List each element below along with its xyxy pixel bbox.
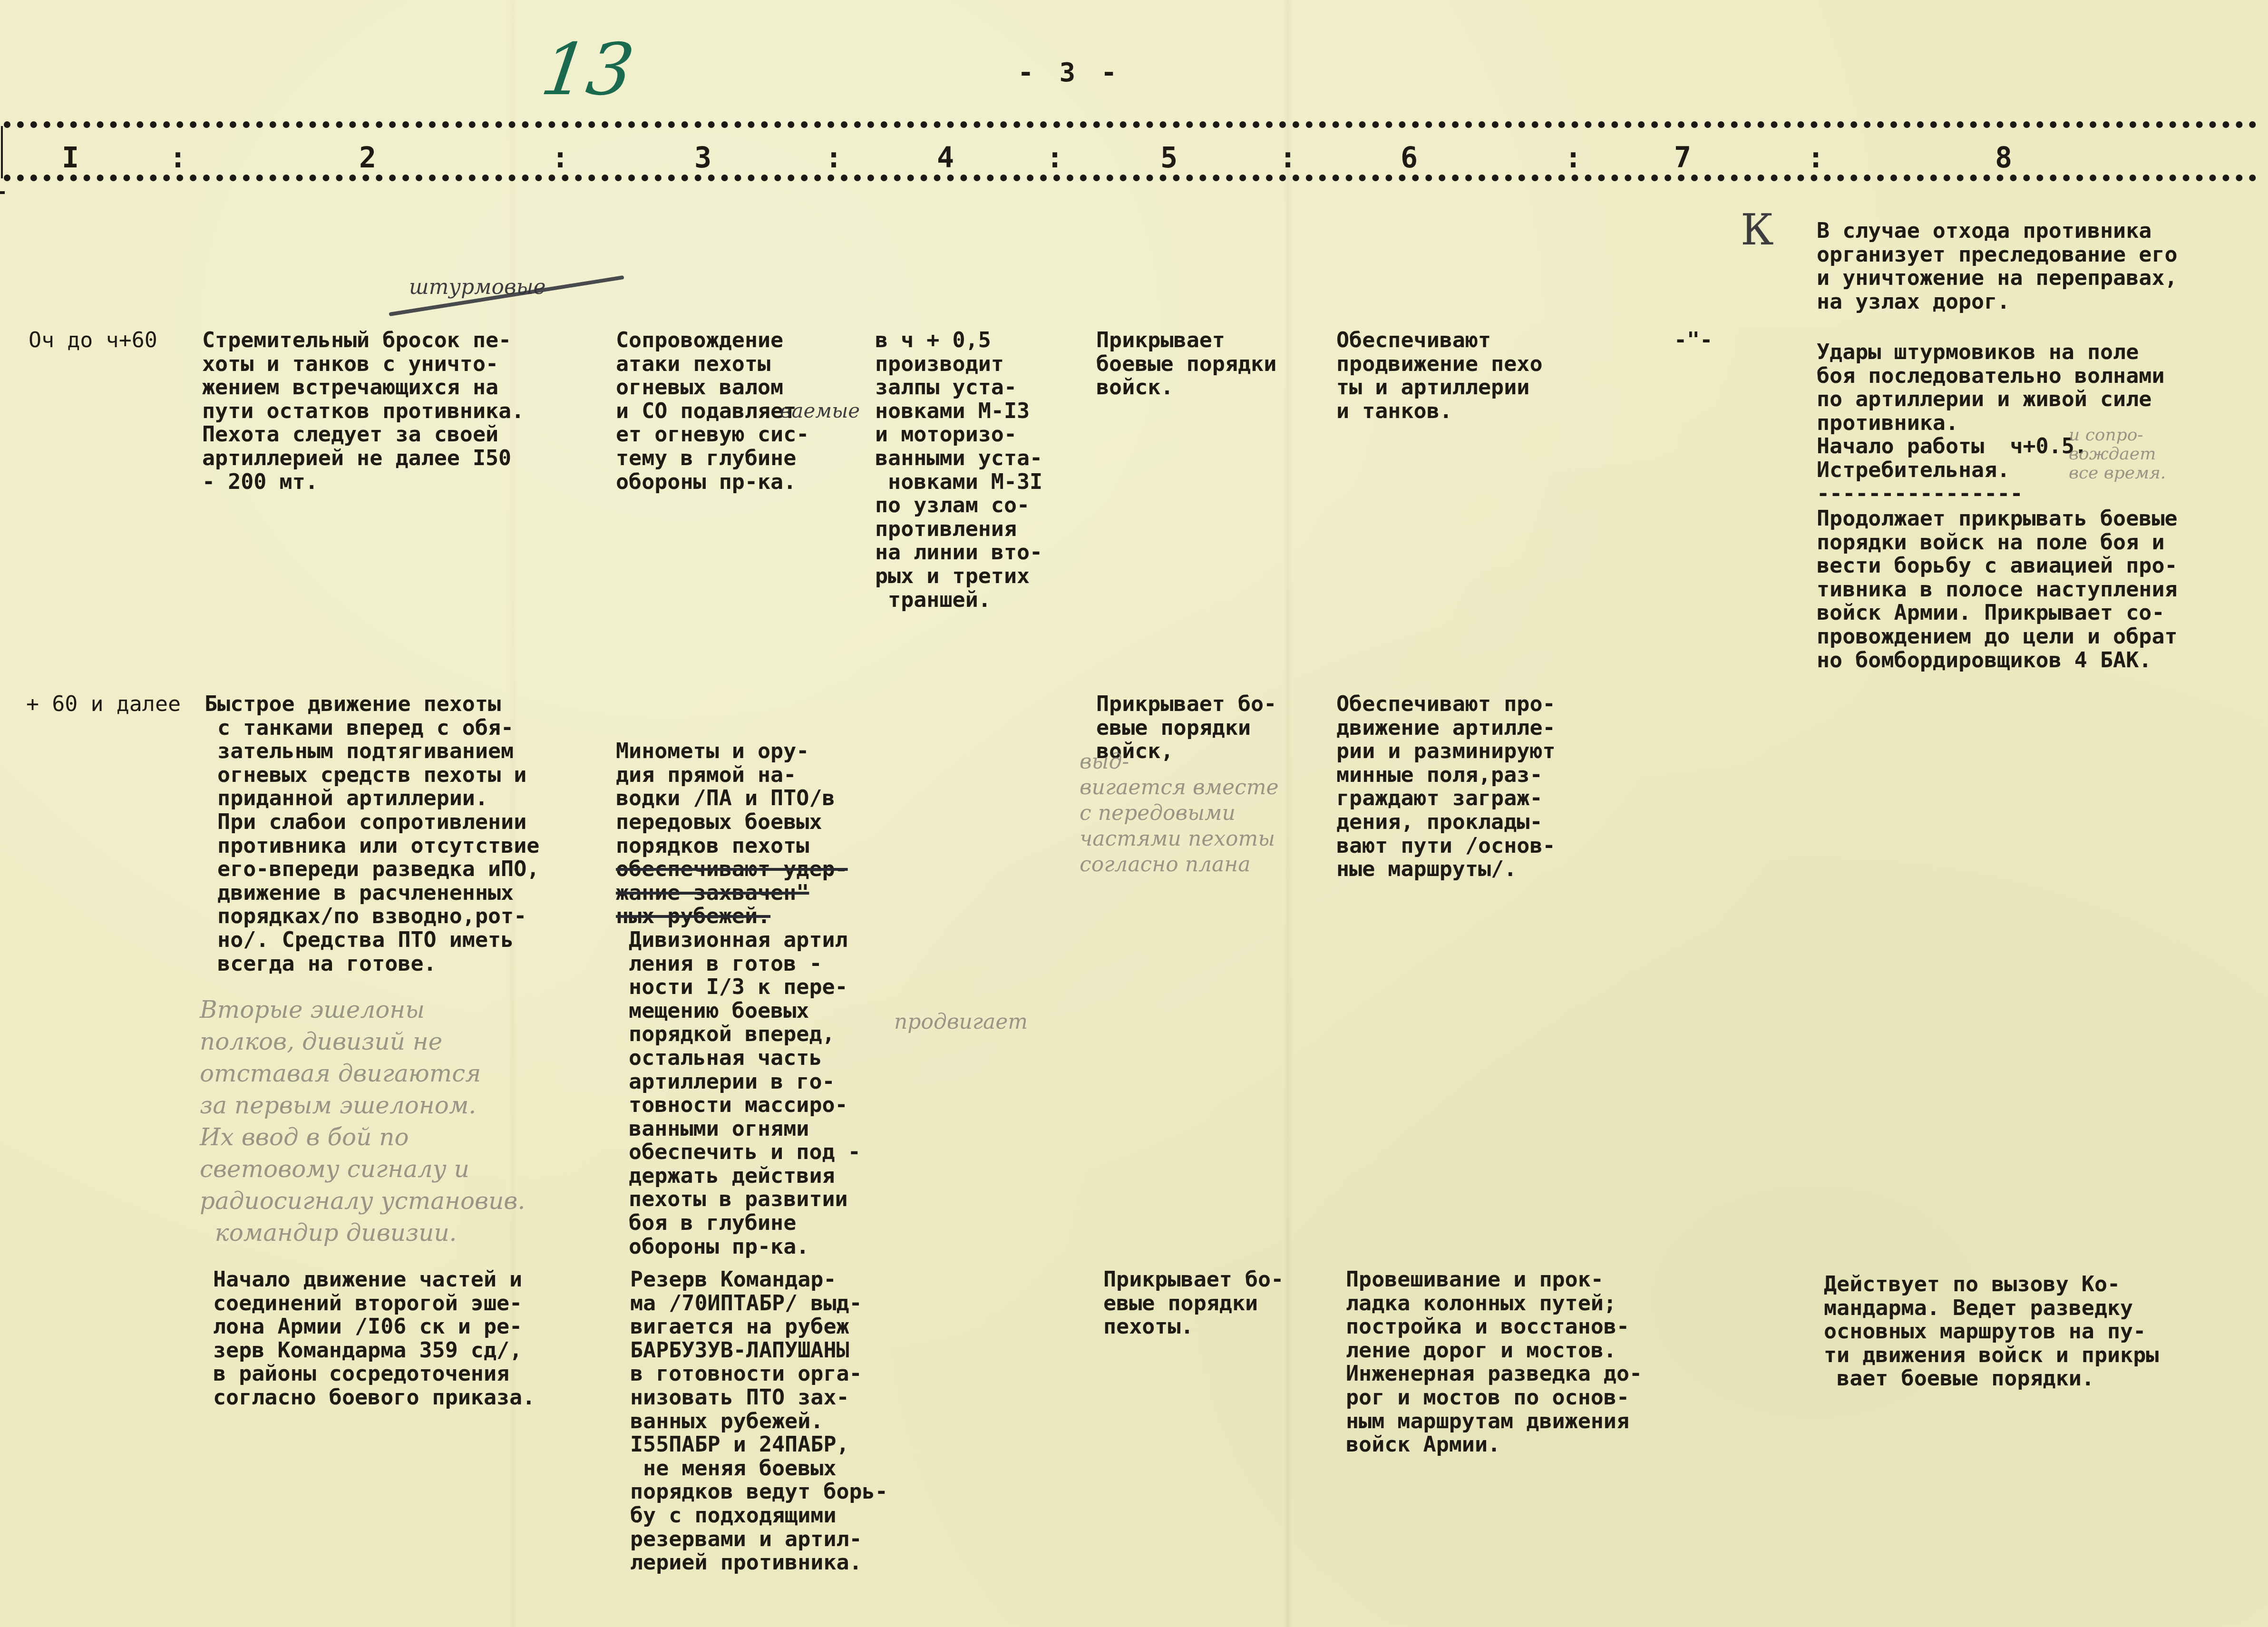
text-line: пехоты в развитии xyxy=(616,1187,861,1211)
row1-time: Оч до ч+60 xyxy=(29,328,157,352)
row2-time: + 60 и далее xyxy=(26,692,181,716)
handwritten-note: выд- вигается вместе с передовыми частям… xyxy=(1080,749,1278,877)
text-line: передовых боевых xyxy=(616,810,861,834)
handwritten-note: штурмовые xyxy=(409,273,546,301)
text-line: ления в готов - xyxy=(616,952,861,975)
text-line: обеспечивают удер- xyxy=(616,857,861,881)
text-line: жание захвачен" xyxy=(616,881,861,905)
row1-rocket-artillery: в ч + 0,5 производит залпы уста- новками… xyxy=(875,328,1042,611)
text-line: Минометы и ору- xyxy=(616,739,861,763)
text-line: обеспечить и под - xyxy=(616,1140,861,1164)
text-line: остальная часть xyxy=(616,1046,861,1070)
row1-aviation-cover: Продолжает прикрывать боевые порядки вой… xyxy=(1817,507,2178,672)
column-header-7: 7 xyxy=(1674,141,1691,175)
row1-engineers: Обеспечивают продвижение пехо ты и артил… xyxy=(1336,328,1542,422)
column-header-1: I xyxy=(62,141,79,175)
text-line: обороны пр-ка. xyxy=(616,1235,861,1258)
column-header-5: 5 xyxy=(1160,141,1178,175)
margin-mark xyxy=(0,191,5,194)
row2-infantry-actions: Быстрое движение пехоты с танками вперед… xyxy=(204,692,539,975)
column-separator: : xyxy=(1046,141,1063,175)
row3-engineers: Провешивание и прок- ладка колонных путе… xyxy=(1346,1267,1642,1456)
handwritten-note: продвигает xyxy=(894,1008,1028,1036)
handwritten-note: и сопро- вождает все время. xyxy=(2069,426,2166,483)
row1-air-defense: Прикрывает боевые порядки войск. xyxy=(1096,328,1276,399)
text-line: водки /ПА и ПТО/в xyxy=(616,786,861,810)
row1-col7-ditto: -"- xyxy=(1674,328,1713,352)
column-header-4: 4 xyxy=(937,141,954,175)
text-line: дия прямой на- xyxy=(616,763,861,787)
column-separator: : xyxy=(169,141,186,175)
archive-sheet-number: 13 xyxy=(536,29,639,111)
text-line: ных рубежей. xyxy=(616,904,861,928)
table-header: I : 2 : 3 : 4 : 5 : 6 : 7 : 8 xyxy=(0,121,2257,183)
row3-aviation: Действует по вызову Ко- мандарма. Ведет … xyxy=(1824,1272,2159,1390)
text-line: порядков пехоты xyxy=(616,834,861,857)
column-separator: : xyxy=(1279,141,1296,175)
column-separator: : xyxy=(825,141,842,175)
page-number: - 3 - xyxy=(1018,57,1122,88)
column-separator: : xyxy=(1807,141,1824,175)
row1-infantry-actions: Стремительный бросок пе- хоты и танков с… xyxy=(202,328,524,493)
text-line: порядкой вперед, xyxy=(616,1022,861,1046)
handwritten-note: ваемые xyxy=(780,397,860,425)
text-line: Дивизионная артил xyxy=(616,928,861,952)
text-line: товности массиро- xyxy=(616,1093,861,1117)
row2-artillery-actions: Минометы и ору-дия прямой на-водки /ПА и… xyxy=(616,692,861,1282)
text-line: держать действия xyxy=(616,1164,861,1188)
column-header-2: 2 xyxy=(359,141,376,175)
row1-aviation-pursuit: В случае отхода противника организует пр… xyxy=(1817,219,2178,313)
handwritten-check-mark: К xyxy=(1741,216,1774,244)
header-left-bar xyxy=(1,126,3,178)
text-line: боя в глубине xyxy=(616,1211,861,1235)
row2-artillery-lines: Минометы и ору-дия прямой на-водки /ПА и… xyxy=(616,739,861,1258)
text-line: артиллерии в го- xyxy=(616,1070,861,1093)
row3-second-echelon: Начало движение частей и соединений втор… xyxy=(213,1267,535,1409)
header-bottom-rule xyxy=(4,175,2257,181)
row3-reserve-artillery: Резерв Командар- ма /70ИПТАБР/ выд- вига… xyxy=(630,1267,888,1574)
column-separator: : xyxy=(1565,141,1582,175)
text-line: ванными огнями xyxy=(616,1117,861,1140)
row3-air-defense: Прикрывает бо- евые порядки пехоты. xyxy=(1103,1267,1284,1338)
text-line: ности I/3 к пере- xyxy=(616,975,861,999)
row2-engineers: Обеспечивают про- движение артилле- рии … xyxy=(1336,692,1556,881)
column-header-3: 3 xyxy=(694,141,711,175)
text-line: мещению боевых xyxy=(616,999,861,1023)
column-header-8: 8 xyxy=(1995,141,2012,175)
handwritten-note: Вторые эшелоны полков, дивизий не отстав… xyxy=(200,994,525,1249)
column-header-6: 6 xyxy=(1401,141,1418,175)
column-separator: : xyxy=(552,141,569,175)
header-top-rule xyxy=(4,121,2257,128)
